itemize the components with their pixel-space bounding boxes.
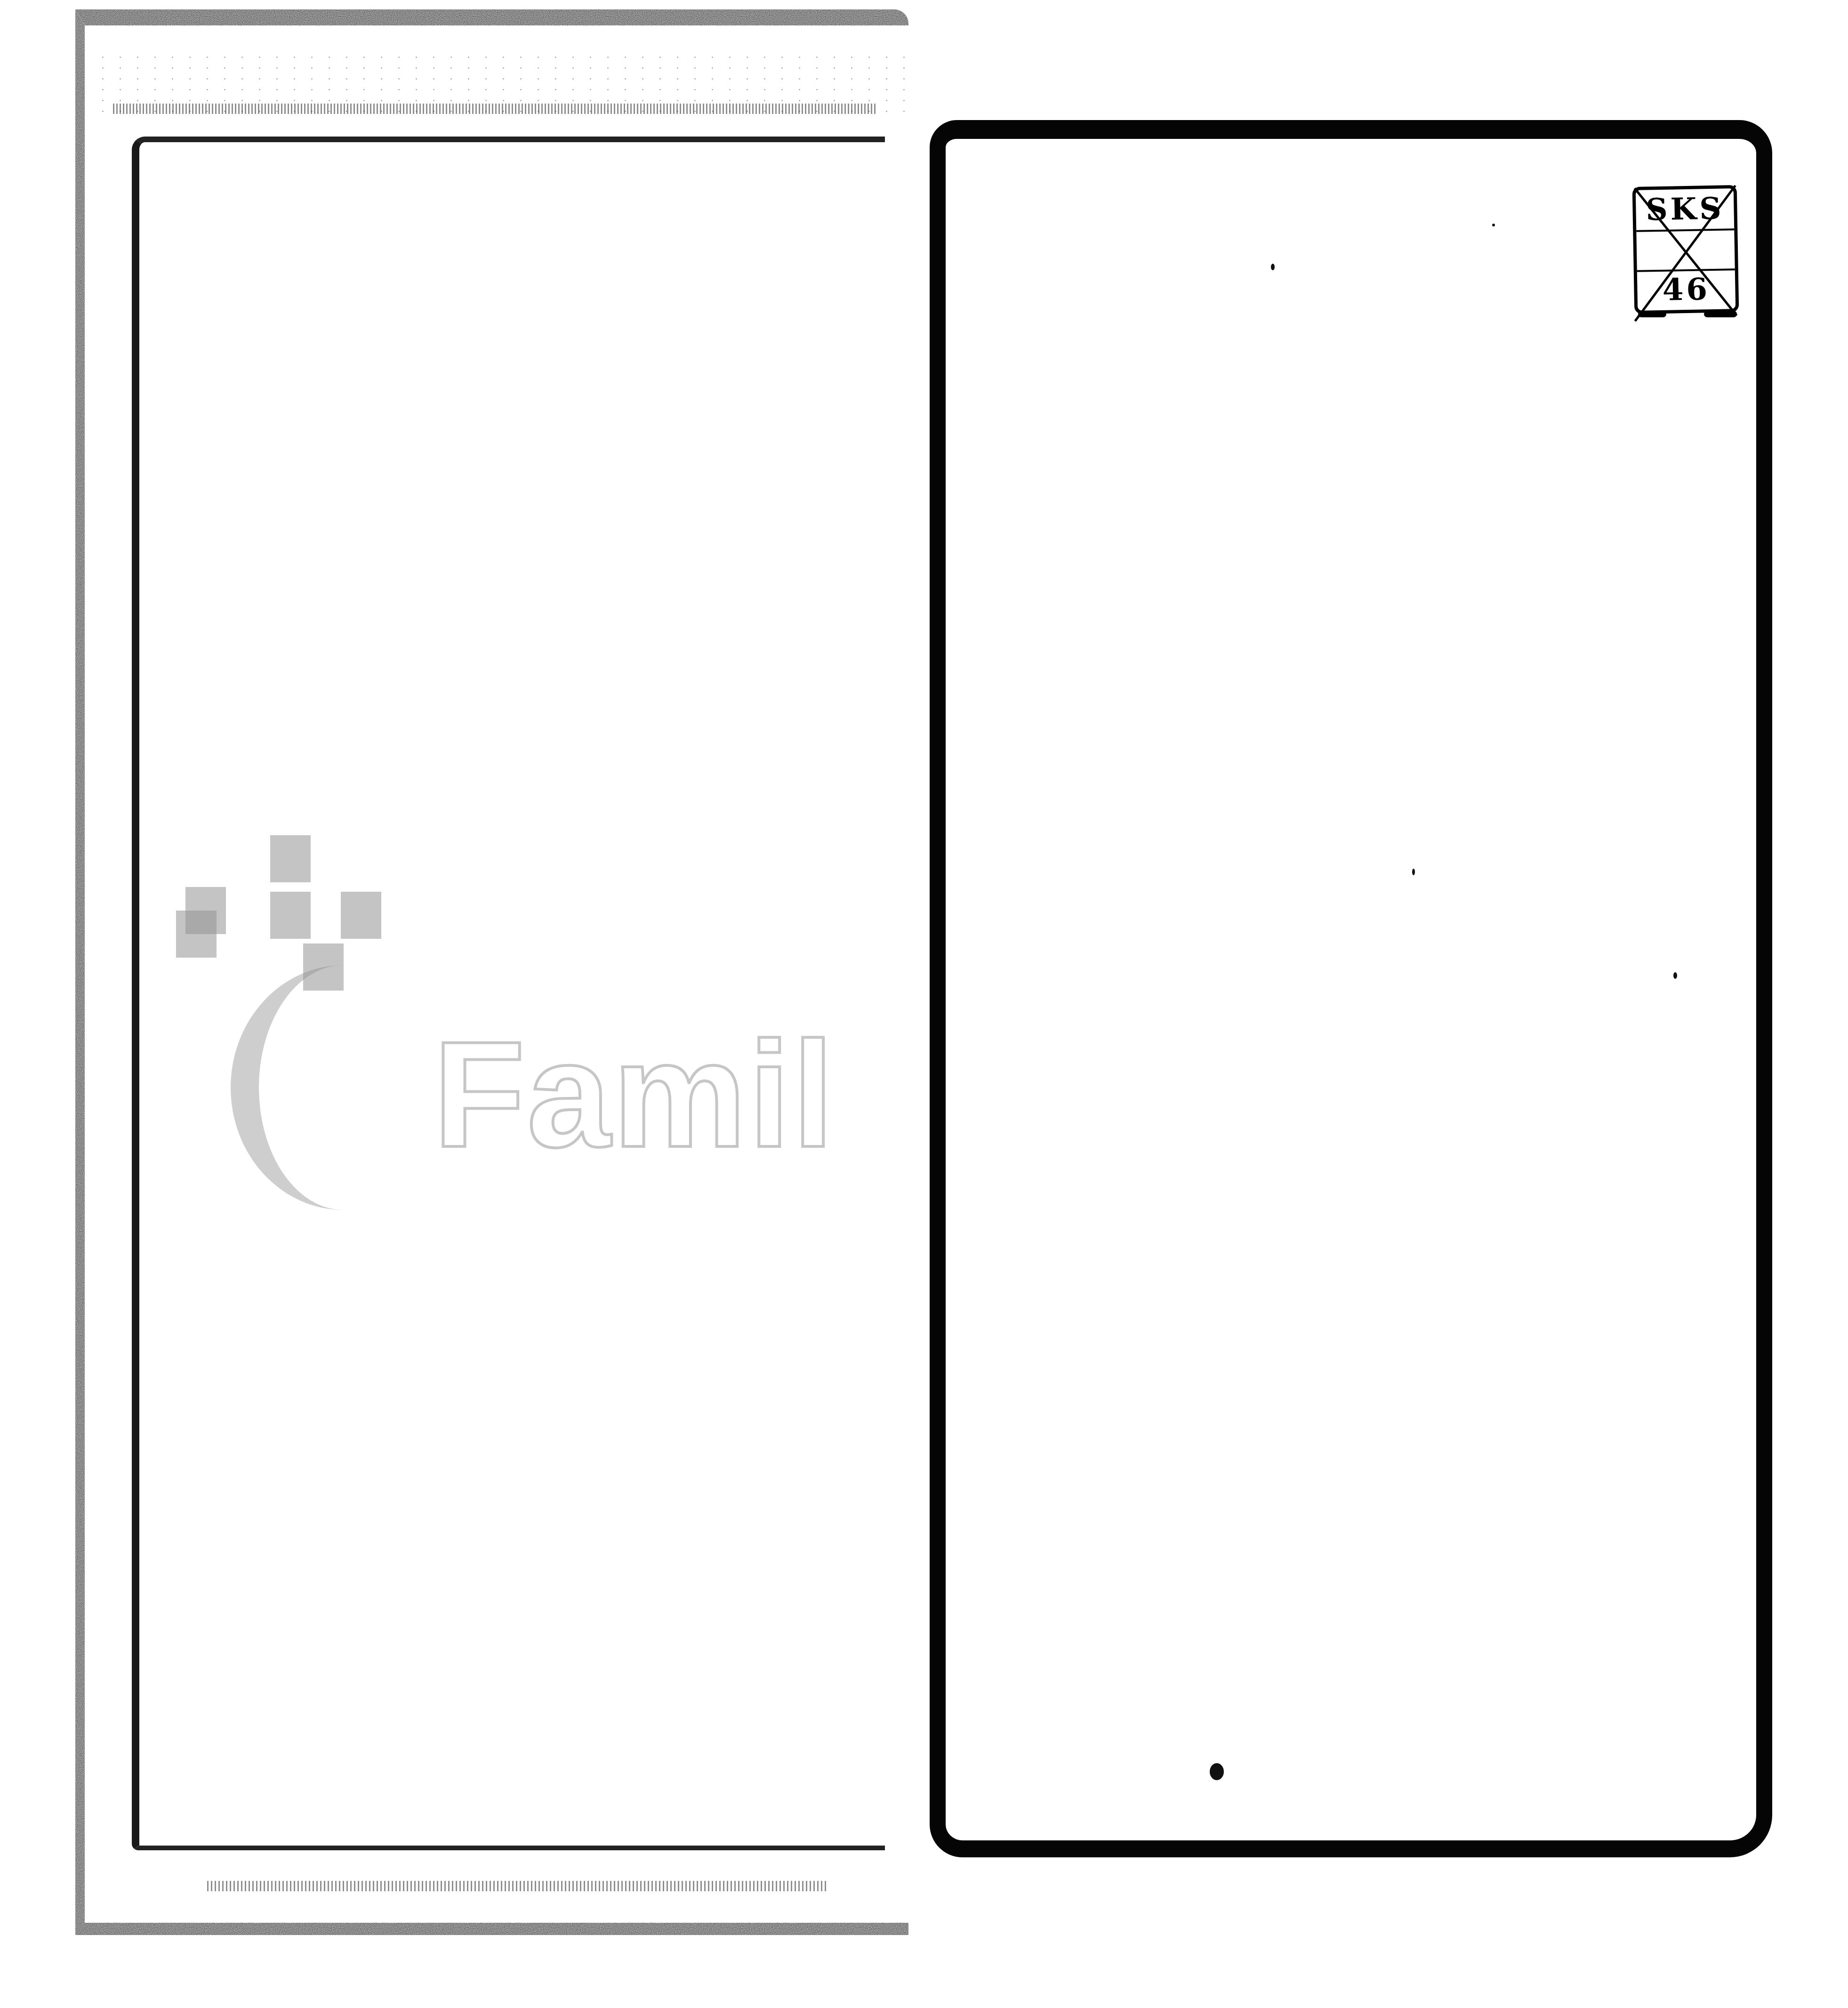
library-label: SKS 46 [1632,185,1739,314]
paper-speck [1673,972,1677,979]
label-tape-mark [1638,311,1666,317]
watermark-text: Famil [433,1008,836,1181]
right-cover-frame [930,120,1772,1857]
paper-speck [1271,264,1275,270]
left-top-band [113,104,876,114]
watermark-tree-square [287,927,360,1007]
left-bottom-band [207,1881,828,1891]
label-cross-out-icon [1631,184,1743,322]
paper-speck [1492,224,1495,226]
paper-speck [1212,1770,1214,1773]
watermark: Famil [155,800,956,1215]
paper-speck [1412,869,1415,875]
watermark-tree-square [160,895,233,974]
label-tape-mark [1704,311,1737,317]
